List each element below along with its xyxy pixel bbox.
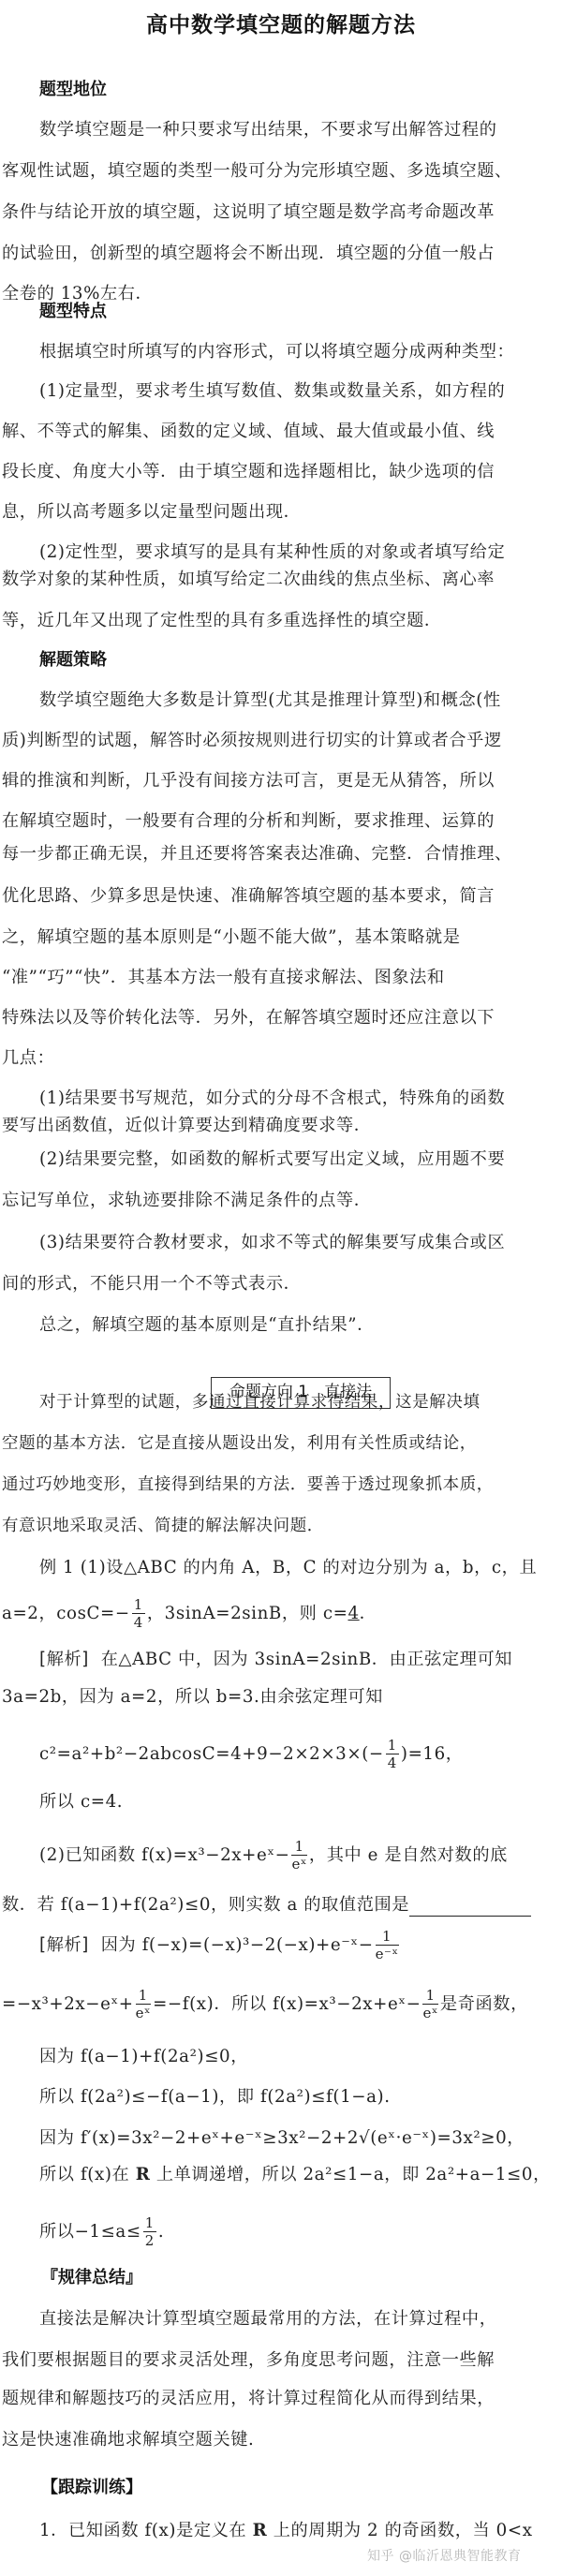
paragraph-line: 我们要根据题目的要求灵活处理，多角度思考问题，注意一些解: [2, 2349, 562, 2372]
analysis-text: 在△ABC 中，因为 3sinA=2sinB．由正弦定理可知: [101, 1650, 512, 1669]
fraction: 1eˣ: [136, 1989, 151, 2021]
paragraph-line: 解、不等式的解集、函数的定义域、值域、最大值或最小值、线: [2, 421, 562, 443]
fraction: 12: [143, 2216, 156, 2248]
paragraph-line: 数学填空题绝大多数是计算型(尤其是推理计算型)和概念(性: [39, 689, 562, 712]
paragraph-line: 数学填空题是一种只要求写出结果，不要求写出解答过程的: [39, 119, 562, 141]
paragraph-line: (2)结果要完整，如函数的解析式要写出定义域，应用题不要: [39, 1148, 562, 1171]
fraction: 14: [132, 1598, 145, 1630]
example-1-part-2-line: 数．若 f(a−1)+f(2a²)≤0，则实数 a 的取值范围是: [2, 1894, 562, 1917]
paragraph-line: 几点：: [2, 1047, 562, 1070]
paragraph-line: 有意识地采取灵活、简捷的解法解决问题．: [2, 1515, 562, 1537]
math-text: ，3sinA=2sinB，则 c=: [147, 1604, 348, 1623]
example-1-part-1-line: 例 1 (1)设△ABC 的内角 A，B，C 的对边分别为 a，b，c，且: [39, 1557, 562, 1579]
analysis-2-line: 因为 f(a−1)+f(2a²)≤0，: [39, 2046, 562, 2068]
section-heading-strategy: 解题策略: [39, 649, 107, 672]
paragraph-line: (1)定量型，要求考生填写数值、数集或数量关系，如方程的: [39, 380, 562, 403]
analysis-2-line: 所以 f(x)在 R 上单调递增，所以 2a²≤1−a，即 2a²+a−1≤0，: [39, 2164, 562, 2186]
math-text: a=2，cosC=−: [2, 1604, 130, 1623]
paragraph-line: 辑的推演和判断，几乎没有间接方法可言，更是无从猜答，所以: [2, 770, 562, 792]
paragraph-line: 等，近几年又出现了定性型的具有多重选择性的填空题．: [2, 610, 562, 632]
paragraph-line: 质)判断型的试题，解答时必须按规则进行切实的计算或者合乎逻: [2, 730, 562, 752]
paragraph-line: 数学对象的某种性质，如填写给定二次曲线的焦点坐标、离心率: [2, 569, 562, 591]
analysis-2-line: 因为 f′(x)=3x²−2+eˣ+e⁻ˣ≥3x²−2+2√(eˣ·e⁻ˣ)=3…: [39, 2127, 562, 2150]
example-1-part-1-condition: a=2，cosC=−14，3sinA=2sinB，则 c=4．: [2, 1598, 562, 1630]
paragraph-line: 忘记写单位，求轨迹要排除不满足条件的点等．: [2, 1190, 562, 1212]
paragraph-line: 优化思路、少算多思是快速、准确解答填空题的基本要求，简言: [2, 885, 562, 908]
paragraph-line: 要写出函数值，近似计算要达到精确度要求等．: [2, 1115, 562, 1137]
paragraph-line: (2)定性型，要求填写的是具有某种性质的对象或者填写给定: [39, 541, 562, 564]
analysis-1-line: [解析] 在△ABC 中，因为 3sinA=2sinB．由正弦定理可知: [39, 1649, 562, 1671]
fraction: 1eˣ: [291, 1840, 306, 1872]
analysis-label: [解析]: [39, 1935, 89, 1955]
analysis-2-line: =−x³+2x−eˣ+1eˣ=−f(x)．所以 f(x)=x³−2x+eˣ−1e…: [2, 1989, 562, 2021]
answer-underlined: 4: [348, 1604, 359, 1623]
paragraph-line: 直接法是解决计算型填空题最常用的方法，在计算过程中，: [39, 2308, 562, 2331]
answer-blank: [409, 1899, 531, 1917]
document-page: 高中数学填空题的解题方法 题型地位 数学填空题是一种只要求写出结果，不要求写出解…: [0, 0, 562, 2576]
paragraph-line: 对于计算型的试题，多通过直接计算求得结果，这是解决填: [39, 1391, 562, 1414]
analysis-2-conclusion: 所以−1≤a≤12.: [39, 2216, 562, 2248]
paragraph-line: 客观性试题，填空题的类型一般可分为完形填空题、多选填空题、: [2, 160, 562, 183]
paragraph-line: 特殊法以及等价转化法等．另外，在解答填空题时还应注意以下: [2, 1007, 562, 1029]
analysis-2-line: 所以 f(2a²)≤−f(a−1)，即 f(2a²)≤f(1−a).: [39, 2086, 562, 2109]
paragraph-line: (1)结果要书写规范，如分式的分母不含根式，特殊角的函数: [39, 1088, 562, 1110]
analysis-1-line: 3a=2b，因为 a=2，所以 b=3.由余弦定理可知: [2, 1686, 562, 1709]
paragraph-line: 之，解填空题的基本原则是“小题不能大做”，基本策略就是: [2, 926, 562, 949]
paragraph-line: 息，所以高考题多以定量型问题出现．: [2, 501, 562, 524]
paragraph-line: 通过巧妙地变形，直接得到结果的方法．要善于透过现象抓本质，: [2, 1473, 562, 1496]
analysis-1-conclusion: 所以 c=4.: [39, 1791, 562, 1814]
paragraph-line: 的试验田，创新型的填空题将会不断出现．填空题的分值一般占: [2, 243, 562, 265]
fraction: 1e⁻ˣ: [376, 1930, 399, 1962]
section-heading-position: 题型地位: [39, 79, 107, 101]
paragraph-line: 根据填空时所填写的内容形式，可以将填空题分成两种类型：: [39, 341, 562, 363]
fraction: 14: [386, 1739, 399, 1770]
paragraph-line: 在解填空题时，一般要有合理的分析和判断，要求推理、运算的: [2, 810, 562, 833]
paragraph-line: 这是快速准确地求解填空题关键.: [2, 2429, 562, 2451]
paragraph-line: 每一步都正确无误，并且还要将答案表达准确、完整．合情推理、: [2, 843, 562, 866]
paragraph-line: 题规律和解题技巧的灵活应用，将计算过程简化从而得到结果，: [2, 2388, 562, 2410]
paragraph-line: 总之，解填空题的基本原则是“直扑结果”．: [39, 1314, 562, 1337]
paragraph-line: 段长度、角度大小等．由于填空题和选择题相比，缺少选项的信: [2, 461, 562, 483]
paragraph-line: (3)结果要符合教材要求，如求不等式的解集要写成集合或区: [39, 1232, 562, 1254]
paragraph-line: 间的形式，不能只用一个不等式表示．: [2, 1273, 562, 1295]
paragraph-line: 空题的基本方法．它是直接从题设出发，利用有关性质或结论，: [2, 1432, 562, 1455]
analysis-label: [解析]: [39, 1650, 89, 1669]
section-heading-features: 题型特点: [39, 301, 107, 323]
example-1-part-2-line: (2)已知函数 f(x)=x³−2x+eˣ−1eˣ，其中 e 是自然对数的底: [39, 1840, 562, 1872]
paragraph-line: 条件与结论开放的填空题，这说明了填空题是数学高考命题改革: [2, 201, 562, 224]
analysis-1-equation: c²=a²+b²−2abcosC=4+9−2×2×3×(−14)=16，: [39, 1739, 562, 1770]
paragraph-line: “准”“巧”“快”．其基本方法一般有直接求解法、图象法和: [2, 967, 562, 989]
page-title: 高中数学填空题的解题方法: [0, 7, 562, 38]
summary-heading: 『规律总结』: [41, 2267, 142, 2289]
fraction: 1eˣ: [422, 1989, 437, 2021]
watermark: 知乎 @临沂恩典智能教育: [367, 2546, 521, 2565]
analysis-2-line: [解析] 因为 f(−x)=(−x)³−2(−x)+e⁻ˣ−1e⁻ˣ: [39, 1930, 562, 1962]
training-question-1: 1．已知函数 f(x)是定义在 R 上的周期为 2 的奇函数，当 0<x: [39, 2520, 562, 2542]
training-heading: 【跟踪训练】: [41, 2477, 142, 2499]
